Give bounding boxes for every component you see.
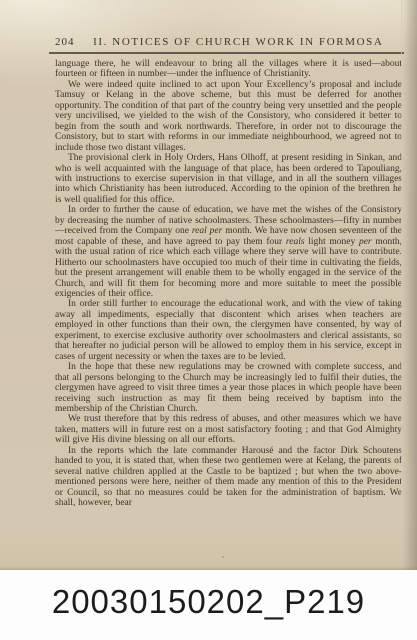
scanner-footer-strip: 20030150202_P219 [0,570,417,640]
paragraph-text: In the reports which the late commander … [55,446,402,508]
paragraph-text: month, with the usual ration of rice whi… [55,237,402,299]
page-number: 204 [55,36,75,48]
header-rule [49,52,404,54]
italic-term: per [210,226,223,236]
paragraph: In order to further the cause of educati… [55,205,402,299]
paragraph: In order still further to encourage the … [55,299,402,362]
book-page: 204 II. NOTICES OF CHURCH WORK IN FORMOS… [0,0,417,570]
italic-term: real [192,226,207,236]
running-header: 204 II. NOTICES OF CHURCH WORK IN FORMOS… [55,36,402,48]
paragraph-text: We trust therefore that by this redress … [55,414,402,445]
paragraph-text: The provisional clerk in Holy Orders, Ha… [55,153,402,205]
paragraph-text: light money [305,237,359,247]
paper-speck [118,409,120,411]
paragraph: The provisional clerk in Holy Orders, Ha… [55,153,402,205]
paragraph: We trust therefore that by this redress … [55,414,402,445]
paragraph-text: language there, he will endeavour to bri… [55,59,402,79]
paragraph-text: In the hope that these new regulations m… [55,362,402,414]
paragraph-text: In order still further to encourage the … [55,299,402,361]
paragraph-text: We were indeed quite inclined to act upo… [55,80,402,153]
page-edge-shadow [401,0,417,570]
running-header-title: II. NOTICES OF CHURCH WORK IN FORMOSA [75,36,403,48]
body-text: language there, he will endeavour to bri… [55,59,402,508]
italic-term: reals [286,237,305,247]
paper-speck [222,556,224,558]
paragraph: In the reports which the late commander … [55,446,402,509]
italic-term: per [359,237,372,247]
paragraph: In the hope that these new regulations m… [55,362,402,414]
paragraph: We were indeed quite inclined to act upo… [55,80,402,153]
paragraph: language there, he will endeavour to bri… [55,59,402,80]
scanned-book-page: 204 II. NOTICES OF CHURCH WORK IN FORMOS… [0,0,417,640]
scan-id-label: 20030150202_P219 [52,583,365,621]
